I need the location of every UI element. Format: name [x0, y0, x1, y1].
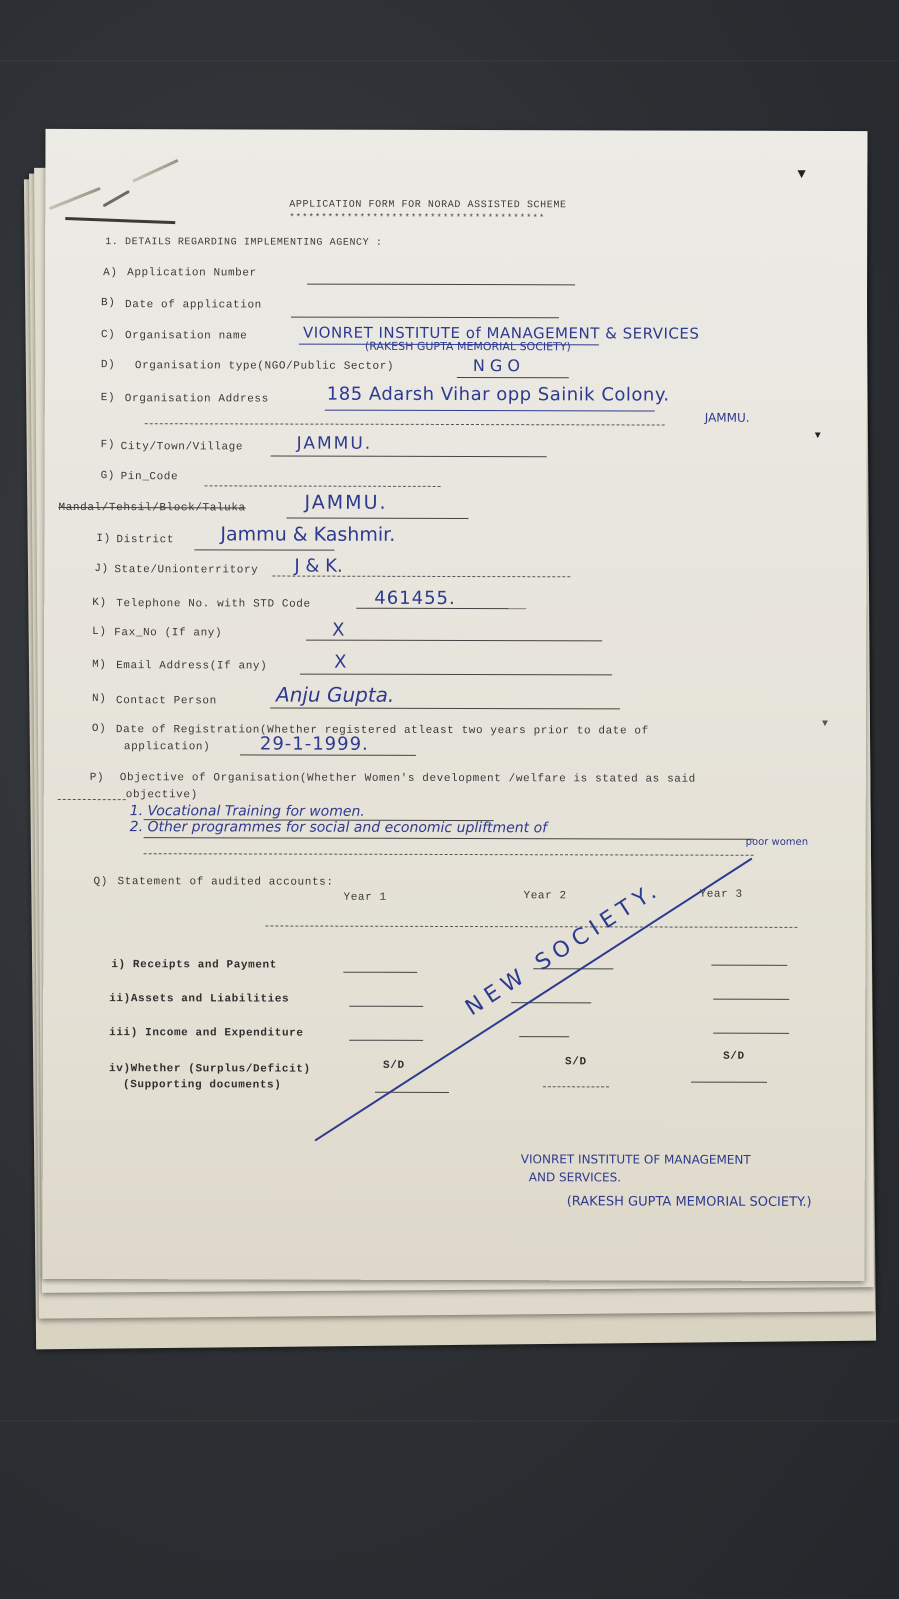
- tick-mark-icon: ▼: [822, 719, 828, 730]
- form-title: APPLICATION FORM FOR NORAD ASSISTED SCHE…: [289, 200, 566, 212]
- pin-icon: [103, 190, 131, 208]
- field-n-key: N): [92, 693, 106, 705]
- objective-key: P): [90, 772, 104, 784]
- surplus-year-3-field[interactable]: [691, 1082, 767, 1083]
- objective-label-line2: objective): [126, 789, 198, 801]
- field-contact-person-label: Contact Person: [116, 695, 217, 707]
- objective-dash: [58, 799, 126, 800]
- accounts-row-surplus-label-line2: (Supporting documents): [123, 1079, 281, 1091]
- accounts-row-income-label: iii) Income and Expenditure: [109, 1027, 303, 1040]
- fax-value[interactable]: X: [332, 620, 344, 641]
- organisation-address-line2: [145, 423, 665, 425]
- district-value[interactable]: Jammu & Kashmir.: [220, 523, 395, 545]
- field-e-key: E): [101, 392, 115, 404]
- field-f-key: F): [101, 439, 115, 451]
- field-k-key: K): [92, 597, 106, 609]
- accounts-row-receipts-label: i) Receipts and Payment: [111, 959, 277, 971]
- field-b-key: B): [101, 297, 115, 309]
- section-heading: 1. DETAILS REGARDING IMPLEMENTING AGENCY…: [105, 237, 382, 249]
- registration-label-line2: application): [124, 741, 210, 753]
- field-organisation-type-label: Organisation type(NGO/Public Sector): [135, 360, 394, 373]
- objective-item-2[interactable]: 2. Other programmes for social and econo…: [130, 819, 547, 836]
- title-underline: ****************************************: [289, 213, 545, 224]
- state-value[interactable]: J & K.: [294, 556, 342, 577]
- accounts-row-surplus-label: iv)Whether (Surplus/Deficit): [109, 1063, 311, 1076]
- background-texture: [0, 60, 899, 62]
- field-state-label: State/Unionterritory: [114, 564, 258, 576]
- pin-icon: [132, 159, 179, 183]
- state-underline: [272, 576, 570, 578]
- field-email-label: Email Address(If any): [116, 660, 267, 672]
- field-pin-code-label: Pin_Code: [121, 471, 179, 483]
- surplus-year-3-value: S/D: [723, 1051, 745, 1063]
- accounts-label: Statement of audited accounts:: [118, 876, 334, 889]
- receipts-year-3-field[interactable]: [711, 965, 787, 966]
- date-of-application-field[interactable]: [291, 317, 559, 319]
- contact-person-value[interactable]: Anju Gupta.: [276, 683, 394, 707]
- city-underline: [271, 456, 547, 458]
- pin-code-field[interactable]: [205, 485, 441, 487]
- field-l-key: L): [92, 626, 106, 638]
- income-year-1-field[interactable]: [349, 1040, 423, 1041]
- field-g-key: G): [101, 470, 115, 482]
- district-underline: [194, 549, 334, 550]
- tick-mark-icon: ▼: [797, 167, 805, 183]
- objective-item-2-underline: [144, 837, 754, 840]
- field-fax-label: Fax_No (If any): [114, 627, 222, 639]
- field-j-key: J): [94, 563, 108, 575]
- application-number-field[interactable]: [307, 284, 575, 286]
- assets-year-1-field[interactable]: [349, 1006, 423, 1007]
- organisation-type-underline: [457, 377, 569, 378]
- pin-icon: [49, 187, 101, 210]
- contact-person-underline: [270, 708, 620, 710]
- organisation-name-value-line2: (RAKESH GUPTA MEMORIAL SOCIETY): [365, 340, 571, 354]
- surplus-year-1-value: S/D: [383, 1060, 405, 1072]
- accounts-row-assets-label: ii)Assets and Liabilities: [109, 993, 289, 1005]
- accounts-column-year-3: Year 3: [699, 889, 742, 901]
- income-year-3-field[interactable]: [713, 1033, 789, 1034]
- field-city-label: City/Town/Village: [121, 441, 243, 453]
- email-underline: [300, 674, 612, 676]
- application-form-page: ▼ ▼ ▼ APPLICATION FORM FOR NORAD ASSISTE…: [42, 129, 867, 1281]
- signature-line-2: AND SERVICES.: [529, 1170, 621, 1184]
- registration-label: Date of Registration(Whether registered …: [116, 724, 649, 737]
- assets-year-3-field[interactable]: [713, 999, 789, 1000]
- signature-line-3: (RAKESH GUPTA MEMORIAL SOCIETY.): [567, 1194, 812, 1210]
- income-year-2-field[interactable]: [519, 1036, 569, 1037]
- field-organisation-address-label: Organisation Address: [125, 393, 269, 405]
- field-i-key: I): [96, 533, 110, 545]
- field-telephone-label: Telephone No. with STD Code: [116, 598, 310, 611]
- field-a-key: A): [103, 267, 117, 279]
- telephone-value[interactable]: 461455.: [374, 588, 455, 609]
- surplus-year-2-value: S/D: [565, 1056, 587, 1068]
- field-block-label: Mandal/Tehsil/Block/Taluka: [58, 502, 245, 514]
- signature-line-1: VIONRET INSTITUTE OF MANAGEMENT: [521, 1152, 751, 1167]
- block-value[interactable]: JAMMU.: [305, 492, 388, 514]
- ink-mark: [65, 217, 175, 224]
- tick-mark-icon: ▼: [815, 431, 821, 442]
- email-value[interactable]: X: [334, 652, 346, 673]
- background-texture: [0, 1420, 899, 1422]
- objective-item-2-tail: poor women: [746, 837, 808, 848]
- organisation-address-value-line2: JAMMU.: [705, 411, 750, 425]
- registration-key: O): [92, 723, 106, 735]
- field-c-key: C): [101, 329, 115, 341]
- registration-underline: [240, 754, 416, 755]
- accounts-column-year-1: Year 1: [343, 892, 386, 904]
- organisation-type-value[interactable]: N G O: [473, 356, 520, 375]
- field-application-number-label: Application Number: [127, 267, 257, 279]
- field-m-key: M): [92, 659, 106, 671]
- city-value[interactable]: JAMMU.: [297, 434, 373, 454]
- objective-blank-line: [144, 853, 754, 856]
- block-underline: [286, 518, 468, 519]
- field-organisation-name-label: Organisation name: [125, 330, 247, 342]
- accounts-column-year-2: Year 2: [523, 890, 566, 902]
- receipts-year-1-field[interactable]: [343, 972, 417, 973]
- field-date-of-application-label: Date of application: [125, 299, 262, 311]
- organisation-address-underline: [325, 410, 655, 412]
- registration-date-value[interactable]: 29-1-1999.: [260, 733, 369, 754]
- accounts-key: Q): [94, 876, 108, 888]
- fax-underline: [306, 640, 602, 642]
- objective-item-1[interactable]: 1. Vocational Training for women.: [130, 803, 365, 820]
- objective-label: Objective of Organisation(Whether Women'…: [120, 772, 696, 786]
- field-d-key: D): [101, 359, 115, 371]
- accounts-header-rule: [265, 926, 797, 928]
- telephone-underline: [356, 608, 526, 609]
- field-district-label: District: [116, 534, 174, 546]
- assets-year-2-field[interactable]: [511, 1002, 591, 1003]
- surplus-year-2-field[interactable]: [543, 1086, 609, 1087]
- organisation-address-value[interactable]: 185 Adarsh Vihar opp Sainik Colony.: [327, 384, 670, 406]
